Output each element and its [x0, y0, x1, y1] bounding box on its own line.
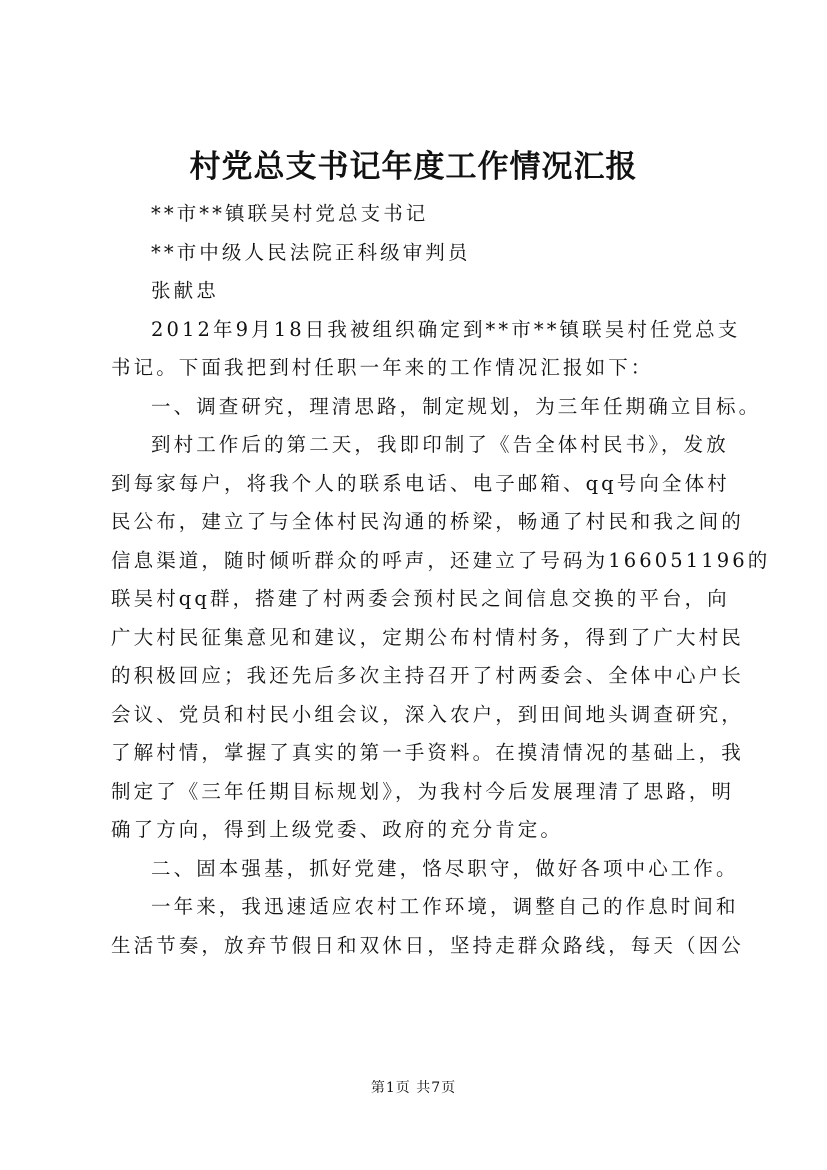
author-affiliation-2: **市中级人民法院正科级审判员	[111, 234, 741, 273]
author-affiliation-1: **市**镇联吴村党总支书记	[111, 195, 741, 234]
paragraph-line: 确了方向，得到上级党委、政府的充分肯定。	[111, 811, 741, 850]
section-heading-2: 二、固本强基，抓好党建，恪尽职守，做好各项中心工作。	[111, 850, 741, 889]
paragraph-line: 联吴村qq群，搭建了村两委会预村民之间信息交换的平台，向	[111, 580, 741, 619]
paragraph-line: 民公布，建立了与全体村民沟通的桥梁，畅通了村民和我之间的	[111, 503, 741, 542]
paragraph-line: 了解村情，掌握了真实的第一手资料。在摸清情况的基础上，我	[111, 734, 741, 773]
paragraph-line: 一年来，我迅速适应农村工作环境，调整自己的作息时间和	[111, 888, 741, 927]
author-name: 张献忠	[111, 272, 741, 311]
page-number-footer: 第1页 共7页	[0, 1077, 827, 1097]
paragraph-line: 生活节奏，放弃节假日和双休日，坚持走群众路线，每天（因公	[111, 927, 741, 966]
section-heading-1: 一、调查研究，理清思路，制定规划，为三年任期确立目标。	[111, 388, 741, 427]
paragraph-line: 的积极回应；我还先后多次主持召开了村两委会、全体中心户长	[111, 657, 741, 696]
paragraph-line: 到每家每户，将我个人的联系电话、电子邮箱、qq号向全体村	[111, 465, 741, 504]
document-title: 村党总支书记年度工作情况汇报	[0, 143, 827, 191]
paragraph-line: 书记。下面我把到村任职一年来的工作情况汇报如下：	[111, 349, 741, 388]
document-body: **市**镇联吴村党总支书记 **市中级人民法院正科级审判员 张献忠 2012年…	[111, 195, 741, 965]
paragraph-line: 制定了《三年任期目标规划》，为我村今后发展理清了思路，明	[111, 773, 741, 812]
document-page: 村党总支书记年度工作情况汇报 **市**镇联吴村党总支书记 **市中级人民法院正…	[0, 0, 827, 1170]
paragraph-line: 广大村民征集意见和建议，定期公布村情村务，得到了广大村民	[111, 619, 741, 658]
paragraph-line: 信息渠道，随时倾听群众的呼声，还建立了号码为166051196的	[111, 542, 741, 581]
paragraph-line: 2012年9月18日我被组织确定到**市**镇联吴村任党总支	[111, 311, 741, 350]
paragraph-line: 到村工作后的第二天，我即印制了《告全体村民书》，发放	[111, 426, 741, 465]
paragraph-line: 会议、党员和村民小组会议，深入农户，到田间地头调查研究，	[111, 696, 741, 735]
